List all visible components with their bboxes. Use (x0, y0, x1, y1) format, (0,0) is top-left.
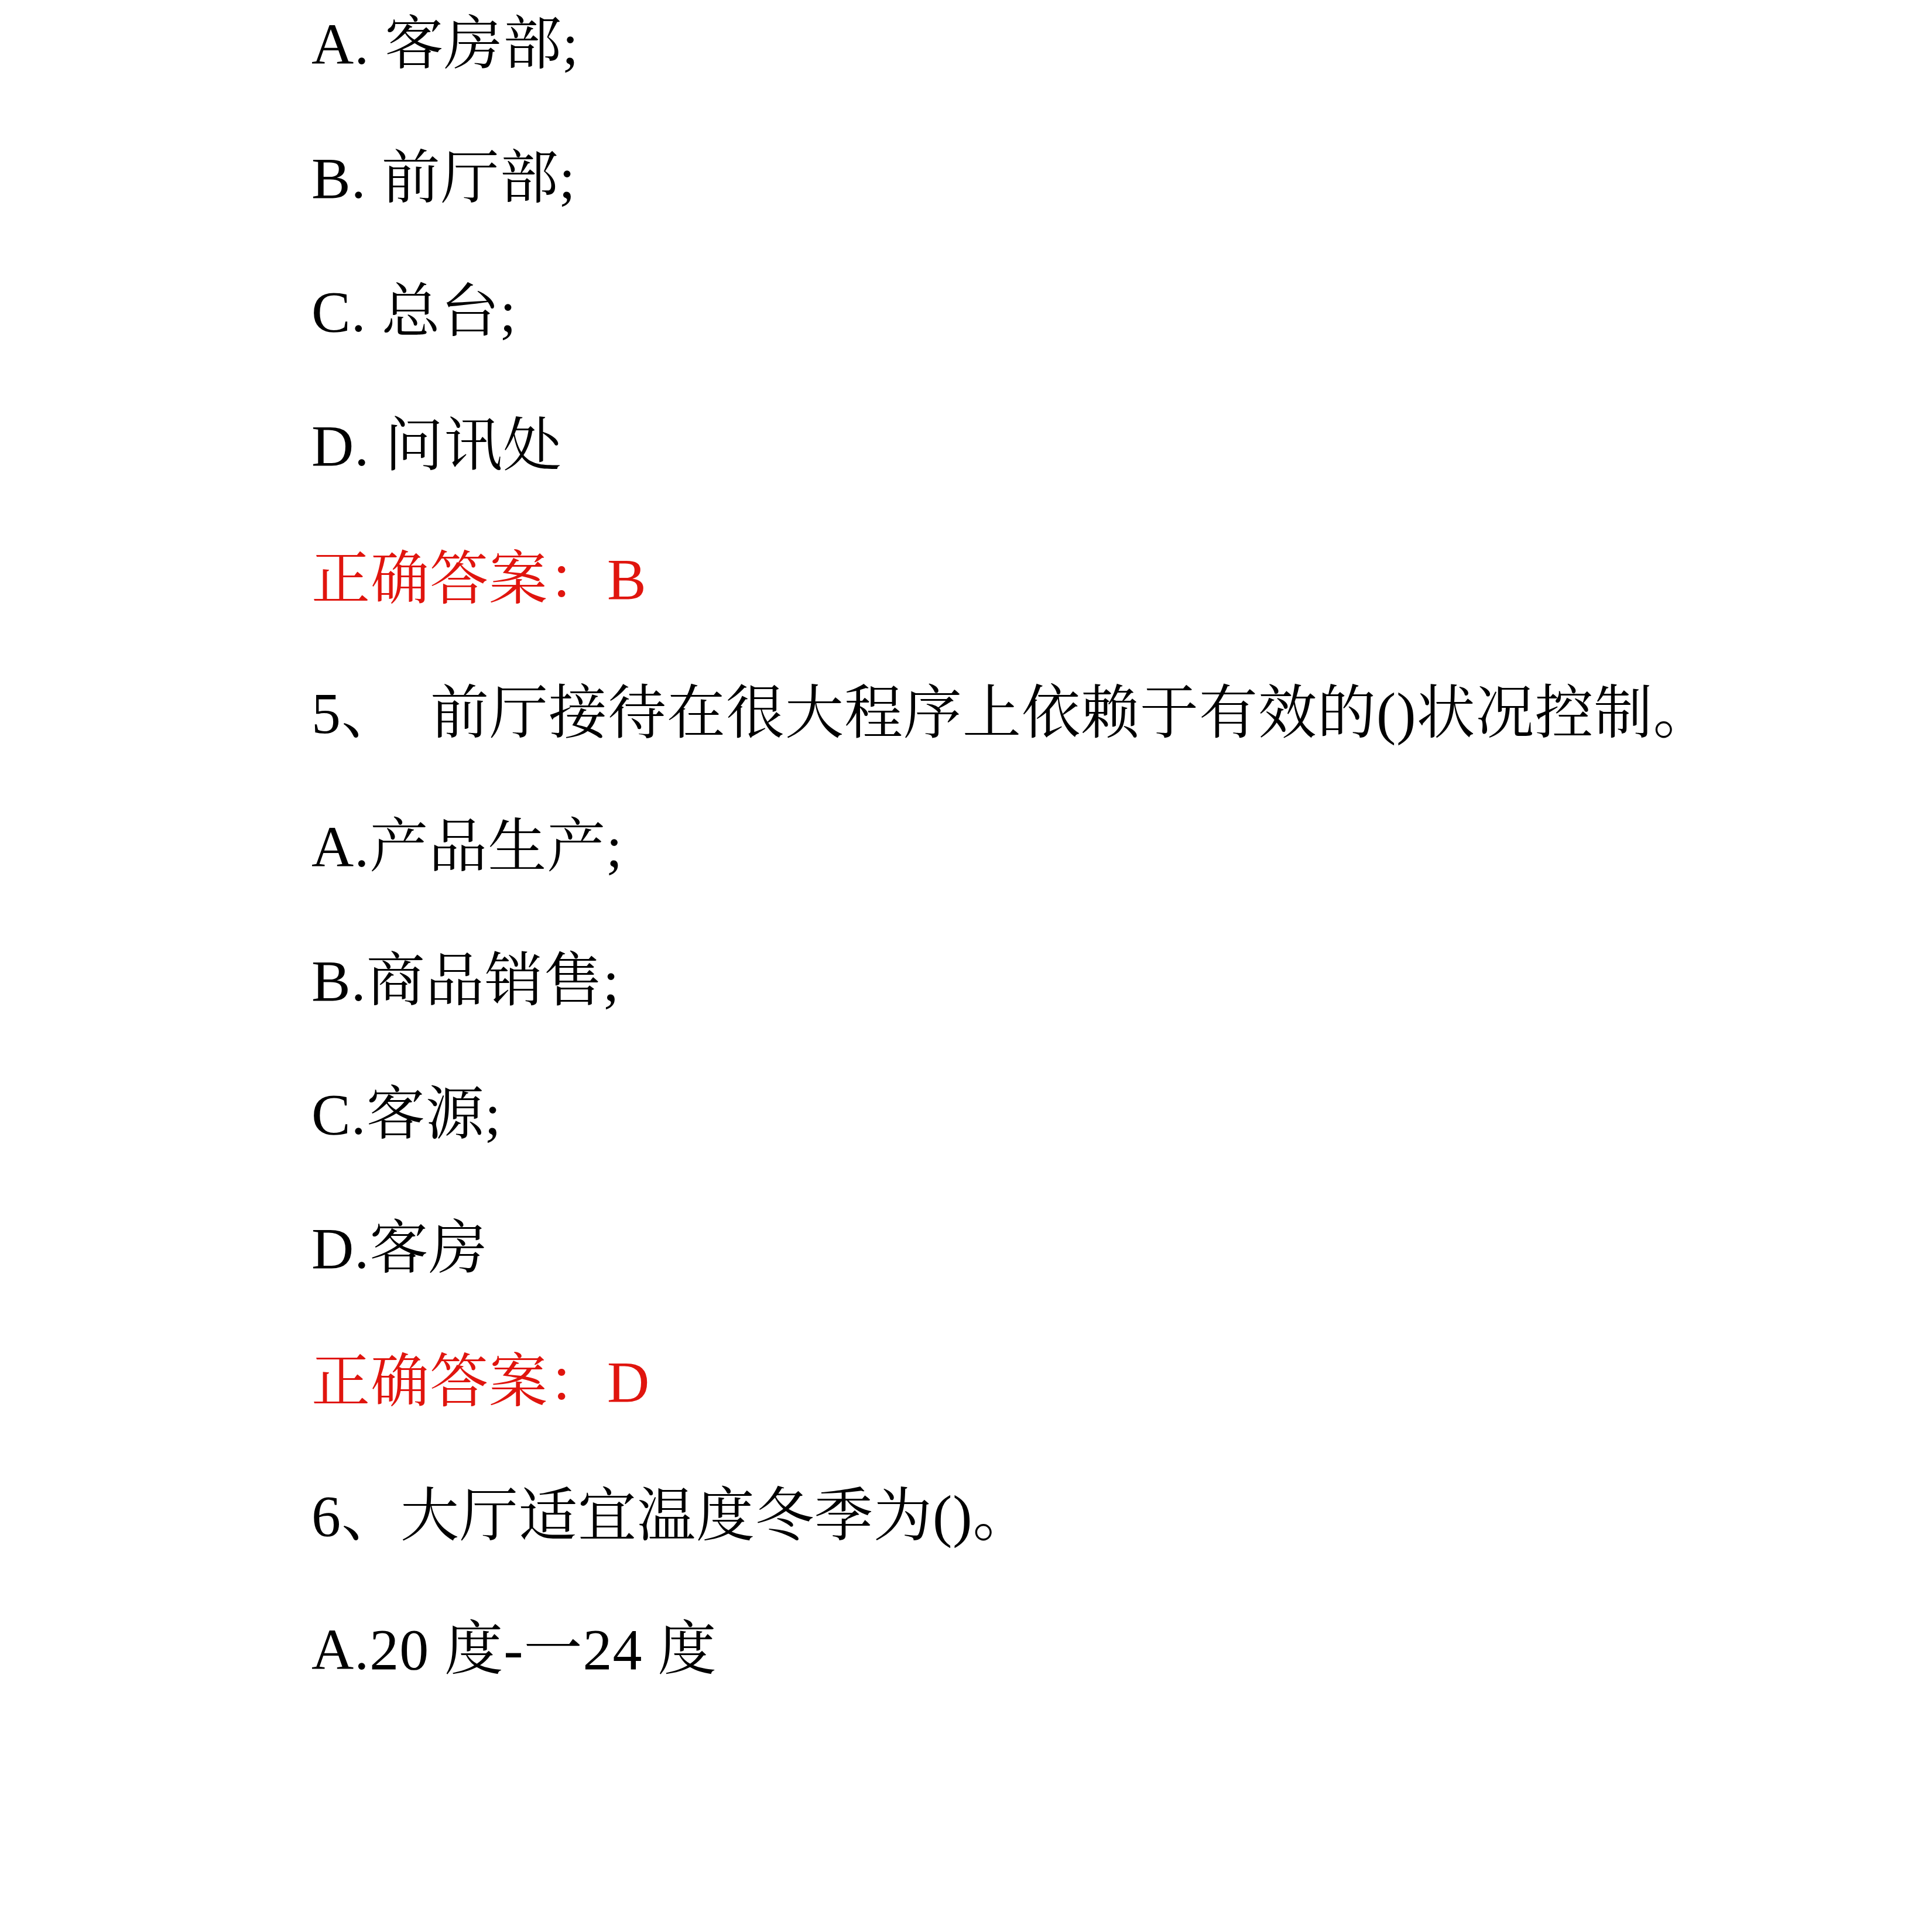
q5-option-d: D.客房 (311, 1176, 1932, 1310)
q6-question: 6、大厅适宜温度冬季为()。 (311, 1444, 1932, 1578)
document-page: A. 客房部; B. 前厅部; C. 总台; D. 问讯处 正确答案：B 5、 … (0, 0, 1932, 1904)
q5-option-c: C.客源; (311, 1042, 1932, 1176)
q4-option-c: C. 总台; (311, 239, 1932, 374)
q5-option-a: A.产品生产; (311, 775, 1932, 909)
q5-option-b: B.商品销售; (311, 909, 1932, 1043)
q4-option-b: B. 前厅部; (311, 106, 1932, 240)
q4-option-d: D. 问讯处 (311, 374, 1932, 508)
q6-option-a: A.20 度-一24 度 (311, 1577, 1932, 1711)
q5-correct-answer: 正确答案：D (311, 1310, 1932, 1444)
q4-option-a: A. 客房部; (311, 0, 1932, 106)
q4-correct-answer: 正确答案：B (311, 507, 1932, 641)
q5-question: 5、 前厅接待在很大程序上依赖于有效的()状况控制。 (311, 641, 1932, 775)
